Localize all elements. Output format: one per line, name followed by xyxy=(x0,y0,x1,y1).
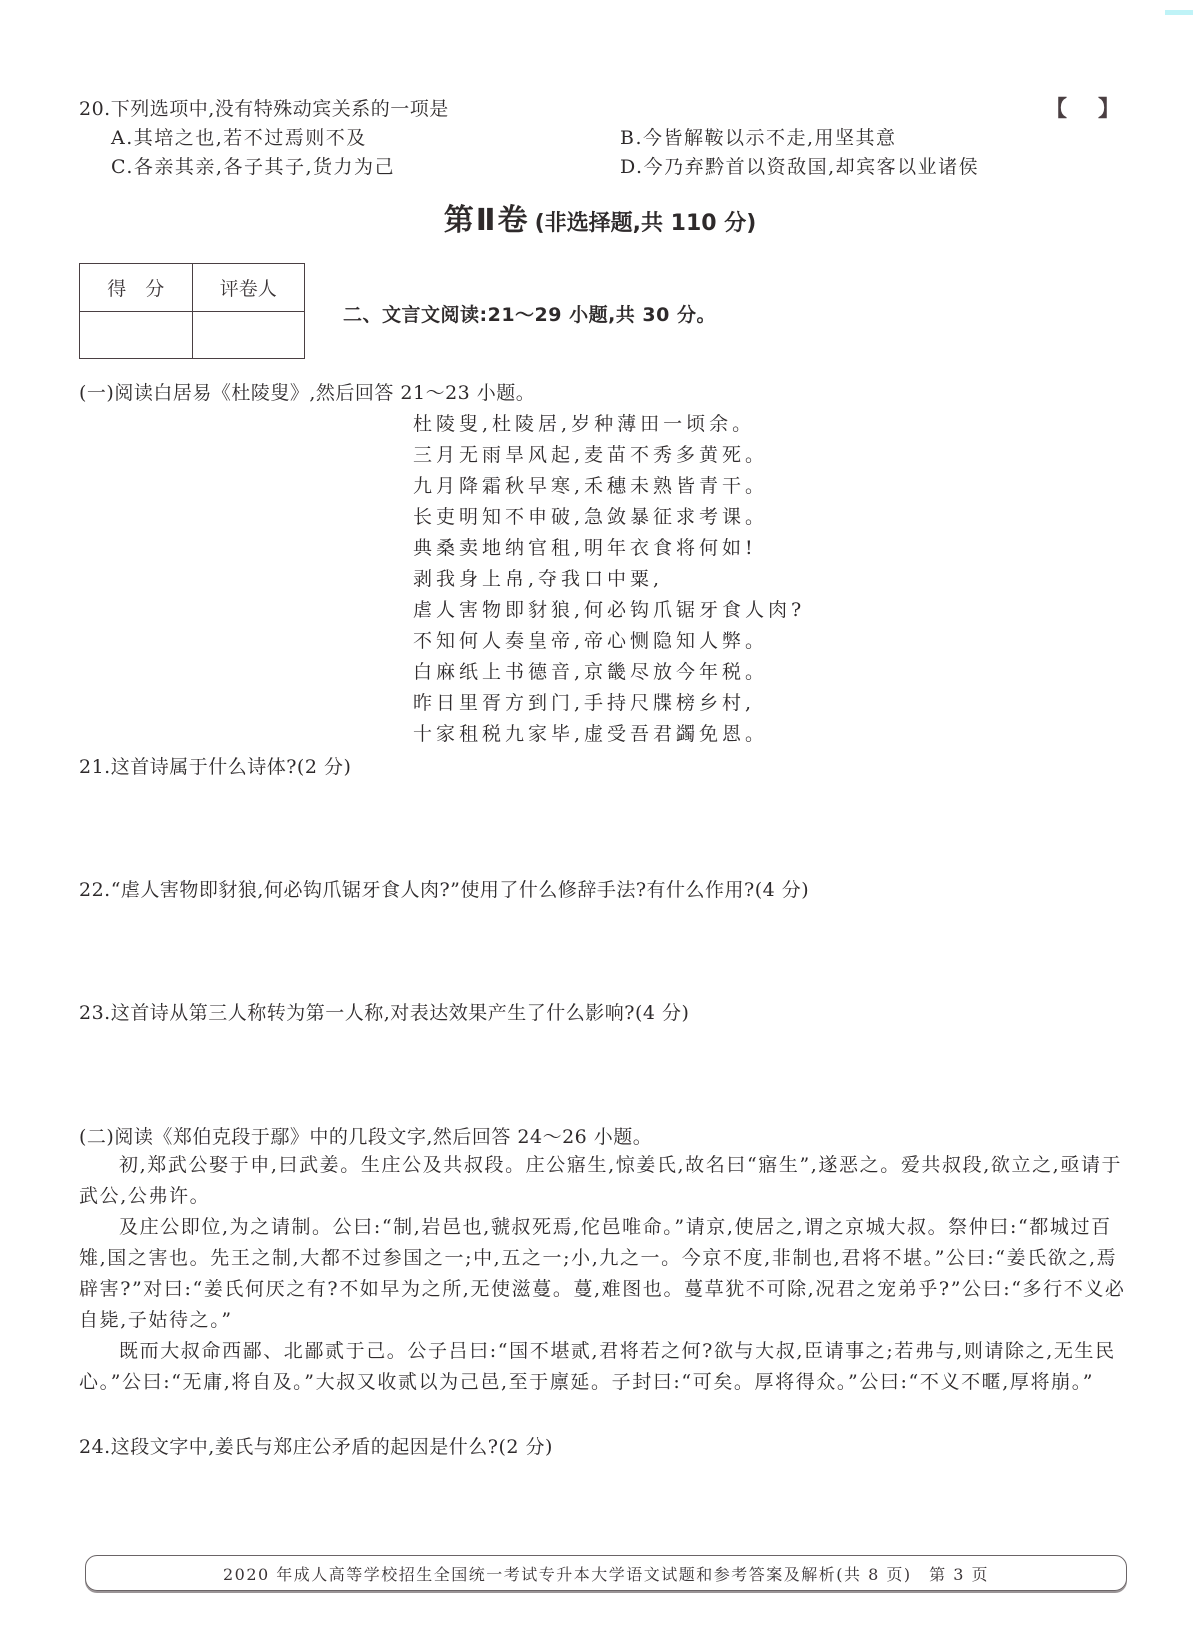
poem-line: 虐人害物即豺狼,何必钩爪锯牙食人肉? xyxy=(413,595,805,622)
volume-title: 第Ⅱ卷 (非选择题,共 110 分) xyxy=(0,195,1200,239)
option-b[interactable]: B.今皆解鞍以示不走,用坚其意 xyxy=(620,123,897,150)
reading-one-intro: (一)阅读白居易《杜陵叟》,然后回答 21～23 小题。 xyxy=(79,378,535,405)
volume-title-main: 第Ⅱ卷 xyxy=(444,203,530,238)
poem-line: 不知何人奏皇帝,帝心恻隐知人弊。 xyxy=(413,626,768,653)
question-24: 24.这段文字中,姜氏与郑庄公矛盾的起因是什么?(2 分) xyxy=(79,1432,553,1459)
option-c[interactable]: C.各亲其亲,各子其子,货力为己 xyxy=(111,152,395,179)
page-footer: 2020 年成人高等学校招生全国统一考试专升本大学语文试题和参考答案及解析(共 … xyxy=(85,1555,1127,1591)
question-23: 23.这首诗从第三人称转为第一人称,对表达效果产生了什么影响?(4 分) xyxy=(79,998,689,1025)
passage-paragraph: 初,郑武公娶于申,曰武姜。生庄公及共叔段。庄公寤生,惊姜氏,故名曰“寤生”,遂恶… xyxy=(79,1150,1129,1212)
poem-line: 长吏明知不申破,急敛暴征求考课。 xyxy=(413,502,768,529)
passage-paragraph: 既而大叔命西鄙、北鄙贰于己。公子吕曰:“国不堪贰,君将若之何?欲与大叔,臣请事之… xyxy=(79,1336,1129,1398)
poem-line: 三月无雨旱风起,麦苗不秀多黄死。 xyxy=(413,440,768,467)
poem-line: 九月降霜秋早寒,禾穗未熟皆青干。 xyxy=(413,471,768,498)
grader-header: 评卷人 xyxy=(192,264,305,312)
poem-line: 剥我身上帛,夺我口中粟, xyxy=(413,564,663,591)
poem-line: 昨日里胥方到门,手持尺牒榜乡村, xyxy=(413,688,755,715)
part-two-heading: 二、文言文阅读:21～29 小题,共 30 分。 xyxy=(343,300,716,327)
passage-paragraph: 及庄公即位,为之请制。公曰:“制,岩邑也,虢叔死焉,佗邑唯命。”请京,使居之,谓… xyxy=(79,1212,1129,1336)
volume-title-sub: (非选择题,共 110 分) xyxy=(535,211,757,236)
question-21: 21.这首诗属于什么诗体?(2 分) xyxy=(79,752,351,779)
answer-bracket-close: 】 xyxy=(1098,92,1120,123)
poem-line: 典桑卖地纳官租,明年衣食将何如! xyxy=(413,533,757,560)
grader-cell[interactable] xyxy=(192,311,305,359)
poem-line: 白麻纸上书德音,京畿尽放今年税。 xyxy=(413,657,768,684)
score-header: 得 分 xyxy=(80,264,193,312)
score-table: 得 分 评卷人 xyxy=(79,263,305,359)
option-a[interactable]: A.其培之也,若不过焉则不及 xyxy=(111,123,367,150)
poem-line: 杜陵叟,杜陵居,岁种薄田一顷余。 xyxy=(413,409,755,436)
reading-two-intro: (二)阅读《郑伯克段于鄢》中的几段文字,然后回答 24～26 小题。 xyxy=(79,1122,652,1149)
question-22: 22.“虐人害物即豺狼,何必钩爪锯牙食人肉?”使用了什么修辞手法?有什么作用?(… xyxy=(79,875,809,902)
score-cell[interactable] xyxy=(80,311,193,359)
answer-bracket-open: 【 xyxy=(1045,92,1067,123)
option-d[interactable]: D.今乃弃黔首以资敌国,却宾客以业诸侯 xyxy=(620,152,979,179)
question-20-stem: 20.下列选项中,没有特殊动宾关系的一项是 xyxy=(79,94,449,121)
footer-text: 2020 年成人高等学校招生全国统一考试专升本大学语文试题和参考答案及解析(共 … xyxy=(86,1562,1126,1585)
scan-mark xyxy=(1165,10,1193,15)
poem-line: 十家租税九家毕,虚受吾君蠲免恩。 xyxy=(413,719,768,746)
